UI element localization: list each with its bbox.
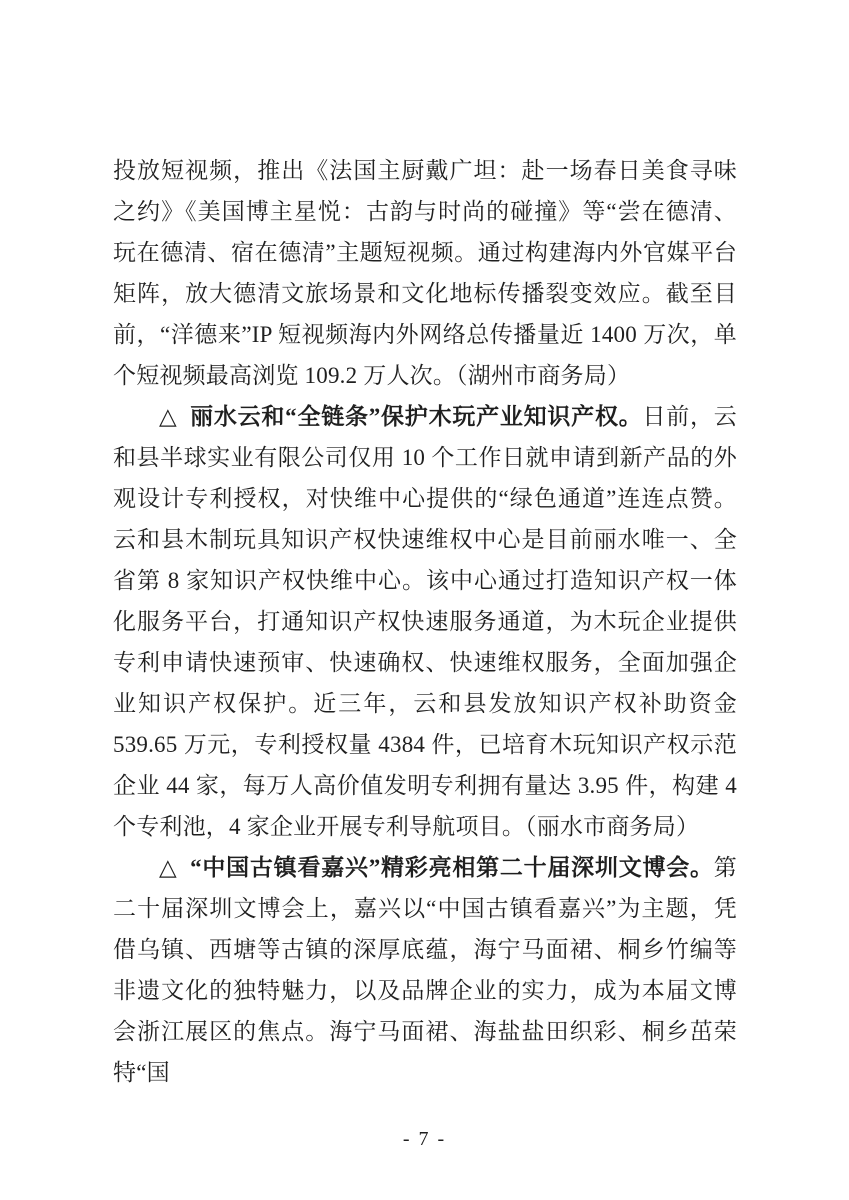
page-number: - 7 -	[403, 1128, 446, 1150]
paragraph-jiaxing-expo: △“中国古镇看嘉兴”精彩亮相第二十届深圳文博会。第二十届深圳文博会上，嘉兴以“中…	[113, 847, 737, 1093]
page-body-text: 投放短视频，推出《法国主厨戴广坦：赴一场春日美食寻味之约》《美国博主星悦：古韵与…	[113, 150, 737, 1093]
paragraph-heading: 丽水云和“全链条”保护木玩产业知识产权。	[190, 404, 642, 429]
triangle-bullet-icon: △	[159, 855, 177, 880]
paragraph-body: 第二十届深圳文博会上，嘉兴以“中国古镇看嘉兴”为主题，凭借乌镇、西塘等古镇的深厚…	[113, 855, 737, 1085]
paragraph-body: 投放短视频，推出《法国主厨戴广坦：赴一场春日美食寻味之约》《美国博主星悦：古韵与…	[113, 158, 737, 388]
page-footer: - 7 -	[0, 1126, 849, 1152]
paragraph-yunhe-ip: △丽水云和“全链条”保护木玩产业知识产权。日前，云和县半球实业有限公司仅用 10…	[113, 396, 737, 847]
triangle-bullet-icon: △	[159, 404, 177, 429]
document-page: 投放短视频，推出《法国主厨戴广坦：赴一场春日美食寻味之约》《美国博主星悦：古韵与…	[0, 0, 849, 1200]
paragraph-body: 日前，云和县半球实业有限公司仅用 10 个工作日就申请到新产品的外观设计专利授权…	[113, 404, 737, 839]
paragraph-deqing-videos: 投放短视频，推出《法国主厨戴广坦：赴一场春日美食寻味之约》《美国博主星悦：古韵与…	[113, 150, 737, 396]
paragraph-heading: “中国古镇看嘉兴”精彩亮相第二十届深圳文博会。	[190, 855, 714, 880]
